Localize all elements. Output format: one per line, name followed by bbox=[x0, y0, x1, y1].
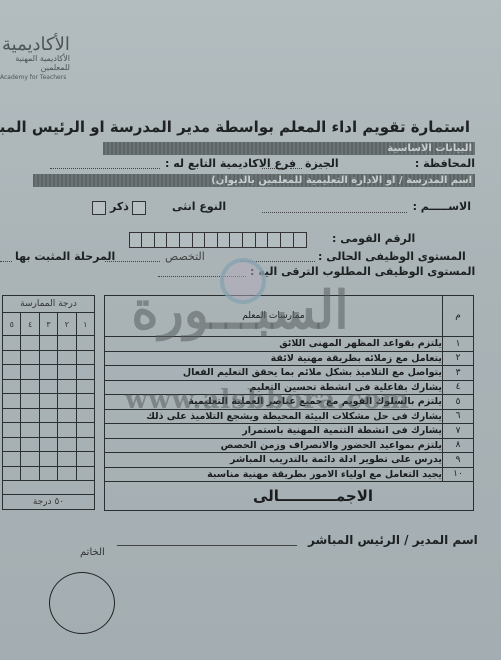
score-cell[interactable] bbox=[3, 365, 21, 380]
score-cell[interactable] bbox=[58, 379, 76, 394]
score-row bbox=[3, 336, 95, 351]
score-cell[interactable] bbox=[39, 379, 57, 394]
gender-male-label: ذكر bbox=[110, 200, 129, 213]
score-row bbox=[3, 365, 95, 380]
practice-row: ٧يشارك فى انشطة التنمية المهنية باستمرار bbox=[105, 424, 474, 439]
governorate-value[interactable]: الجيزة bbox=[305, 157, 339, 170]
score-cell[interactable] bbox=[39, 452, 57, 467]
practice-text: يجيد التعامل مع اولياء الامور بطريقة مهن… bbox=[105, 467, 443, 482]
practice-text: يشارك فى انشطة التنمية المهنية باستمرار bbox=[105, 424, 443, 439]
score-cell[interactable] bbox=[39, 365, 57, 380]
current-level-label: المستوى الوظيفى الحالى : bbox=[318, 250, 466, 263]
row-number: ١ bbox=[443, 337, 474, 352]
score-row bbox=[3, 379, 95, 394]
score-cell[interactable] bbox=[21, 408, 39, 423]
score-row bbox=[3, 466, 95, 481]
score-cell[interactable] bbox=[21, 466, 39, 481]
score-cell[interactable] bbox=[58, 423, 76, 438]
score-cell[interactable] bbox=[58, 408, 76, 423]
score-cell[interactable] bbox=[21, 452, 39, 467]
stage-field[interactable] bbox=[0, 261, 12, 262]
practice-row: ١٠يجيد التعامل مع اولياء الامور بطريقة م… bbox=[105, 467, 474, 482]
governorate-label: المحافظة : bbox=[415, 157, 475, 170]
row-number: ٣ bbox=[443, 366, 474, 381]
watermark-text: السبـــورة bbox=[110, 280, 370, 400]
score-cell[interactable] bbox=[58, 466, 76, 481]
score-cell[interactable] bbox=[58, 365, 76, 380]
score-cell[interactable] bbox=[76, 452, 94, 467]
score-cell[interactable] bbox=[3, 452, 21, 467]
total-label: الاجمـــــــــــالى bbox=[105, 482, 474, 511]
score-cell[interactable] bbox=[39, 408, 57, 423]
score-cell[interactable] bbox=[21, 365, 39, 380]
row-number: ٢ bbox=[443, 351, 474, 366]
score-cell[interactable] bbox=[58, 437, 76, 452]
target-level-label: المستوى الوظيفى المطلوب الترقى الية : bbox=[250, 265, 475, 278]
score-row bbox=[3, 350, 95, 365]
manager-name-label: اسم المدير / الرئيس المباشر bbox=[308, 533, 478, 547]
score-row bbox=[3, 423, 95, 438]
score-cell[interactable] bbox=[39, 350, 57, 365]
score-cell[interactable] bbox=[39, 437, 57, 452]
row-number: ٦ bbox=[443, 409, 474, 424]
practice-row: ٨يلتزم بمواعيد الحضور والانصراف وزمن الح… bbox=[105, 438, 474, 453]
stamp-circle bbox=[49, 572, 115, 634]
logo-english-text: Academy for Teachers bbox=[0, 74, 66, 81]
score-cell[interactable] bbox=[76, 379, 94, 394]
col-number-header: م bbox=[443, 296, 474, 337]
score-total-row: ٥٠ درجة bbox=[3, 495, 95, 510]
score-total-blank-row bbox=[3, 481, 95, 495]
stamp-label: الخاتم bbox=[80, 547, 105, 558]
row-number: ٥ bbox=[443, 395, 474, 410]
female-checkbox[interactable] bbox=[132, 201, 146, 215]
scanned-form-page: الأكاديمية الأكاديمية المهنية للمعلمين A… bbox=[0, 0, 501, 660]
score-cell[interactable] bbox=[76, 350, 94, 365]
form-title: استمارة تقويم اداء المعلم بواسطة مدير ال… bbox=[70, 118, 470, 136]
practice-row: ٩يدرس على تطوير ادلة دائمة بالتدريب المب… bbox=[105, 453, 474, 468]
id-digit-box[interactable] bbox=[293, 232, 307, 248]
score-cell[interactable] bbox=[76, 336, 94, 351]
score-cell[interactable] bbox=[39, 423, 57, 438]
score-cell[interactable] bbox=[76, 466, 94, 481]
score-cell[interactable] bbox=[76, 423, 94, 438]
practice-text: يدرس على تطوير ادلة دائمة بالتدريب المبا… bbox=[105, 453, 443, 468]
score-row bbox=[3, 394, 95, 409]
manager-name-field[interactable] bbox=[117, 545, 297, 546]
name-field[interactable] bbox=[262, 212, 407, 213]
score-cell[interactable] bbox=[21, 394, 39, 409]
score-cell[interactable] bbox=[3, 350, 21, 365]
gender-female-label: النوع انثى bbox=[172, 200, 226, 213]
scores-table: درجة الممارسة ١ ٢ ٣ ٤ ٥ ٥٠ درجة bbox=[2, 295, 95, 510]
name-label: الاســـــم : bbox=[413, 200, 471, 213]
row-number: ٤ bbox=[443, 380, 474, 395]
row-number: ٧ bbox=[443, 424, 474, 439]
score-cell[interactable] bbox=[21, 336, 39, 351]
score-cell[interactable] bbox=[39, 336, 57, 351]
score-col-4: ٤ bbox=[21, 313, 39, 336]
academy-branch-label: فرع الاكاديمية التابع له : bbox=[165, 157, 296, 170]
logo-arabic-subtitle: الأكاديمية المهنية للمعلمين bbox=[0, 54, 70, 72]
score-cell[interactable] bbox=[58, 336, 76, 351]
score-cell[interactable] bbox=[76, 437, 94, 452]
stage-label: المرحلة المثبت بها bbox=[15, 250, 115, 263]
score-cell[interactable] bbox=[39, 466, 57, 481]
score-cell[interactable] bbox=[3, 408, 21, 423]
score-cell[interactable] bbox=[3, 379, 21, 394]
total-row: الاجمـــــــــــالى bbox=[105, 482, 474, 511]
score-cell[interactable] bbox=[21, 350, 39, 365]
school-section-bar: اسم المدرسة / او الادارة التعليمية للمعل… bbox=[33, 174, 475, 187]
score-col-2: ٢ bbox=[58, 313, 76, 336]
score-cell[interactable] bbox=[3, 423, 21, 438]
score-cell[interactable] bbox=[3, 336, 21, 351]
academy-branch-field[interactable] bbox=[50, 168, 160, 169]
male-checkbox[interactable] bbox=[92, 201, 106, 215]
logo-mark: الأكاديمية bbox=[2, 34, 70, 55]
score-row bbox=[3, 408, 95, 423]
score-col-3: ٣ bbox=[39, 313, 57, 336]
specialization-label: التخصص bbox=[165, 250, 205, 263]
score-row bbox=[3, 452, 95, 467]
score-cell[interactable] bbox=[3, 437, 21, 452]
score-group-label: درجة الممارسة bbox=[3, 296, 95, 313]
score-group-header: درجة الممارسة bbox=[3, 296, 95, 313]
score-cell[interactable] bbox=[3, 394, 21, 409]
practice-text: يلتزم بمواعيد الحضور والانصراف وزمن الحص… bbox=[105, 438, 443, 453]
total-max-score: ٥٠ درجة bbox=[3, 495, 95, 510]
score-cell[interactable] bbox=[21, 379, 39, 394]
row-number: ١٠ bbox=[443, 467, 474, 482]
score-col-5: ٥ bbox=[3, 313, 21, 336]
score-cell[interactable] bbox=[58, 350, 76, 365]
score-cell[interactable] bbox=[3, 466, 21, 481]
score-cell[interactable] bbox=[39, 394, 57, 409]
national-id-boxes[interactable] bbox=[130, 232, 307, 248]
score-row bbox=[3, 437, 95, 452]
score-cell[interactable] bbox=[21, 423, 39, 438]
score-cell[interactable] bbox=[21, 437, 39, 452]
score-cell[interactable] bbox=[76, 408, 94, 423]
national-id-label: الرقم القومى : bbox=[332, 232, 415, 245]
score-cell[interactable] bbox=[76, 365, 94, 380]
row-number: ٨ bbox=[443, 438, 474, 453]
watermark-url: www.alsbbora.com bbox=[125, 385, 410, 415]
score-cell[interactable] bbox=[76, 394, 94, 409]
score-col-1: ١ bbox=[76, 313, 94, 336]
academy-logo: الأكاديمية الأكاديمية المهنية للمعلمين A… bbox=[0, 30, 70, 85]
score-cell[interactable] bbox=[58, 394, 76, 409]
basic-info-section-bar: البيانات الاساسية bbox=[103, 142, 475, 155]
score-cell[interactable] bbox=[58, 452, 76, 467]
score-columns-header: ١ ٢ ٣ ٤ ٥ bbox=[3, 313, 95, 336]
score-total-cell[interactable] bbox=[3, 481, 95, 495]
row-number: ٩ bbox=[443, 453, 474, 468]
